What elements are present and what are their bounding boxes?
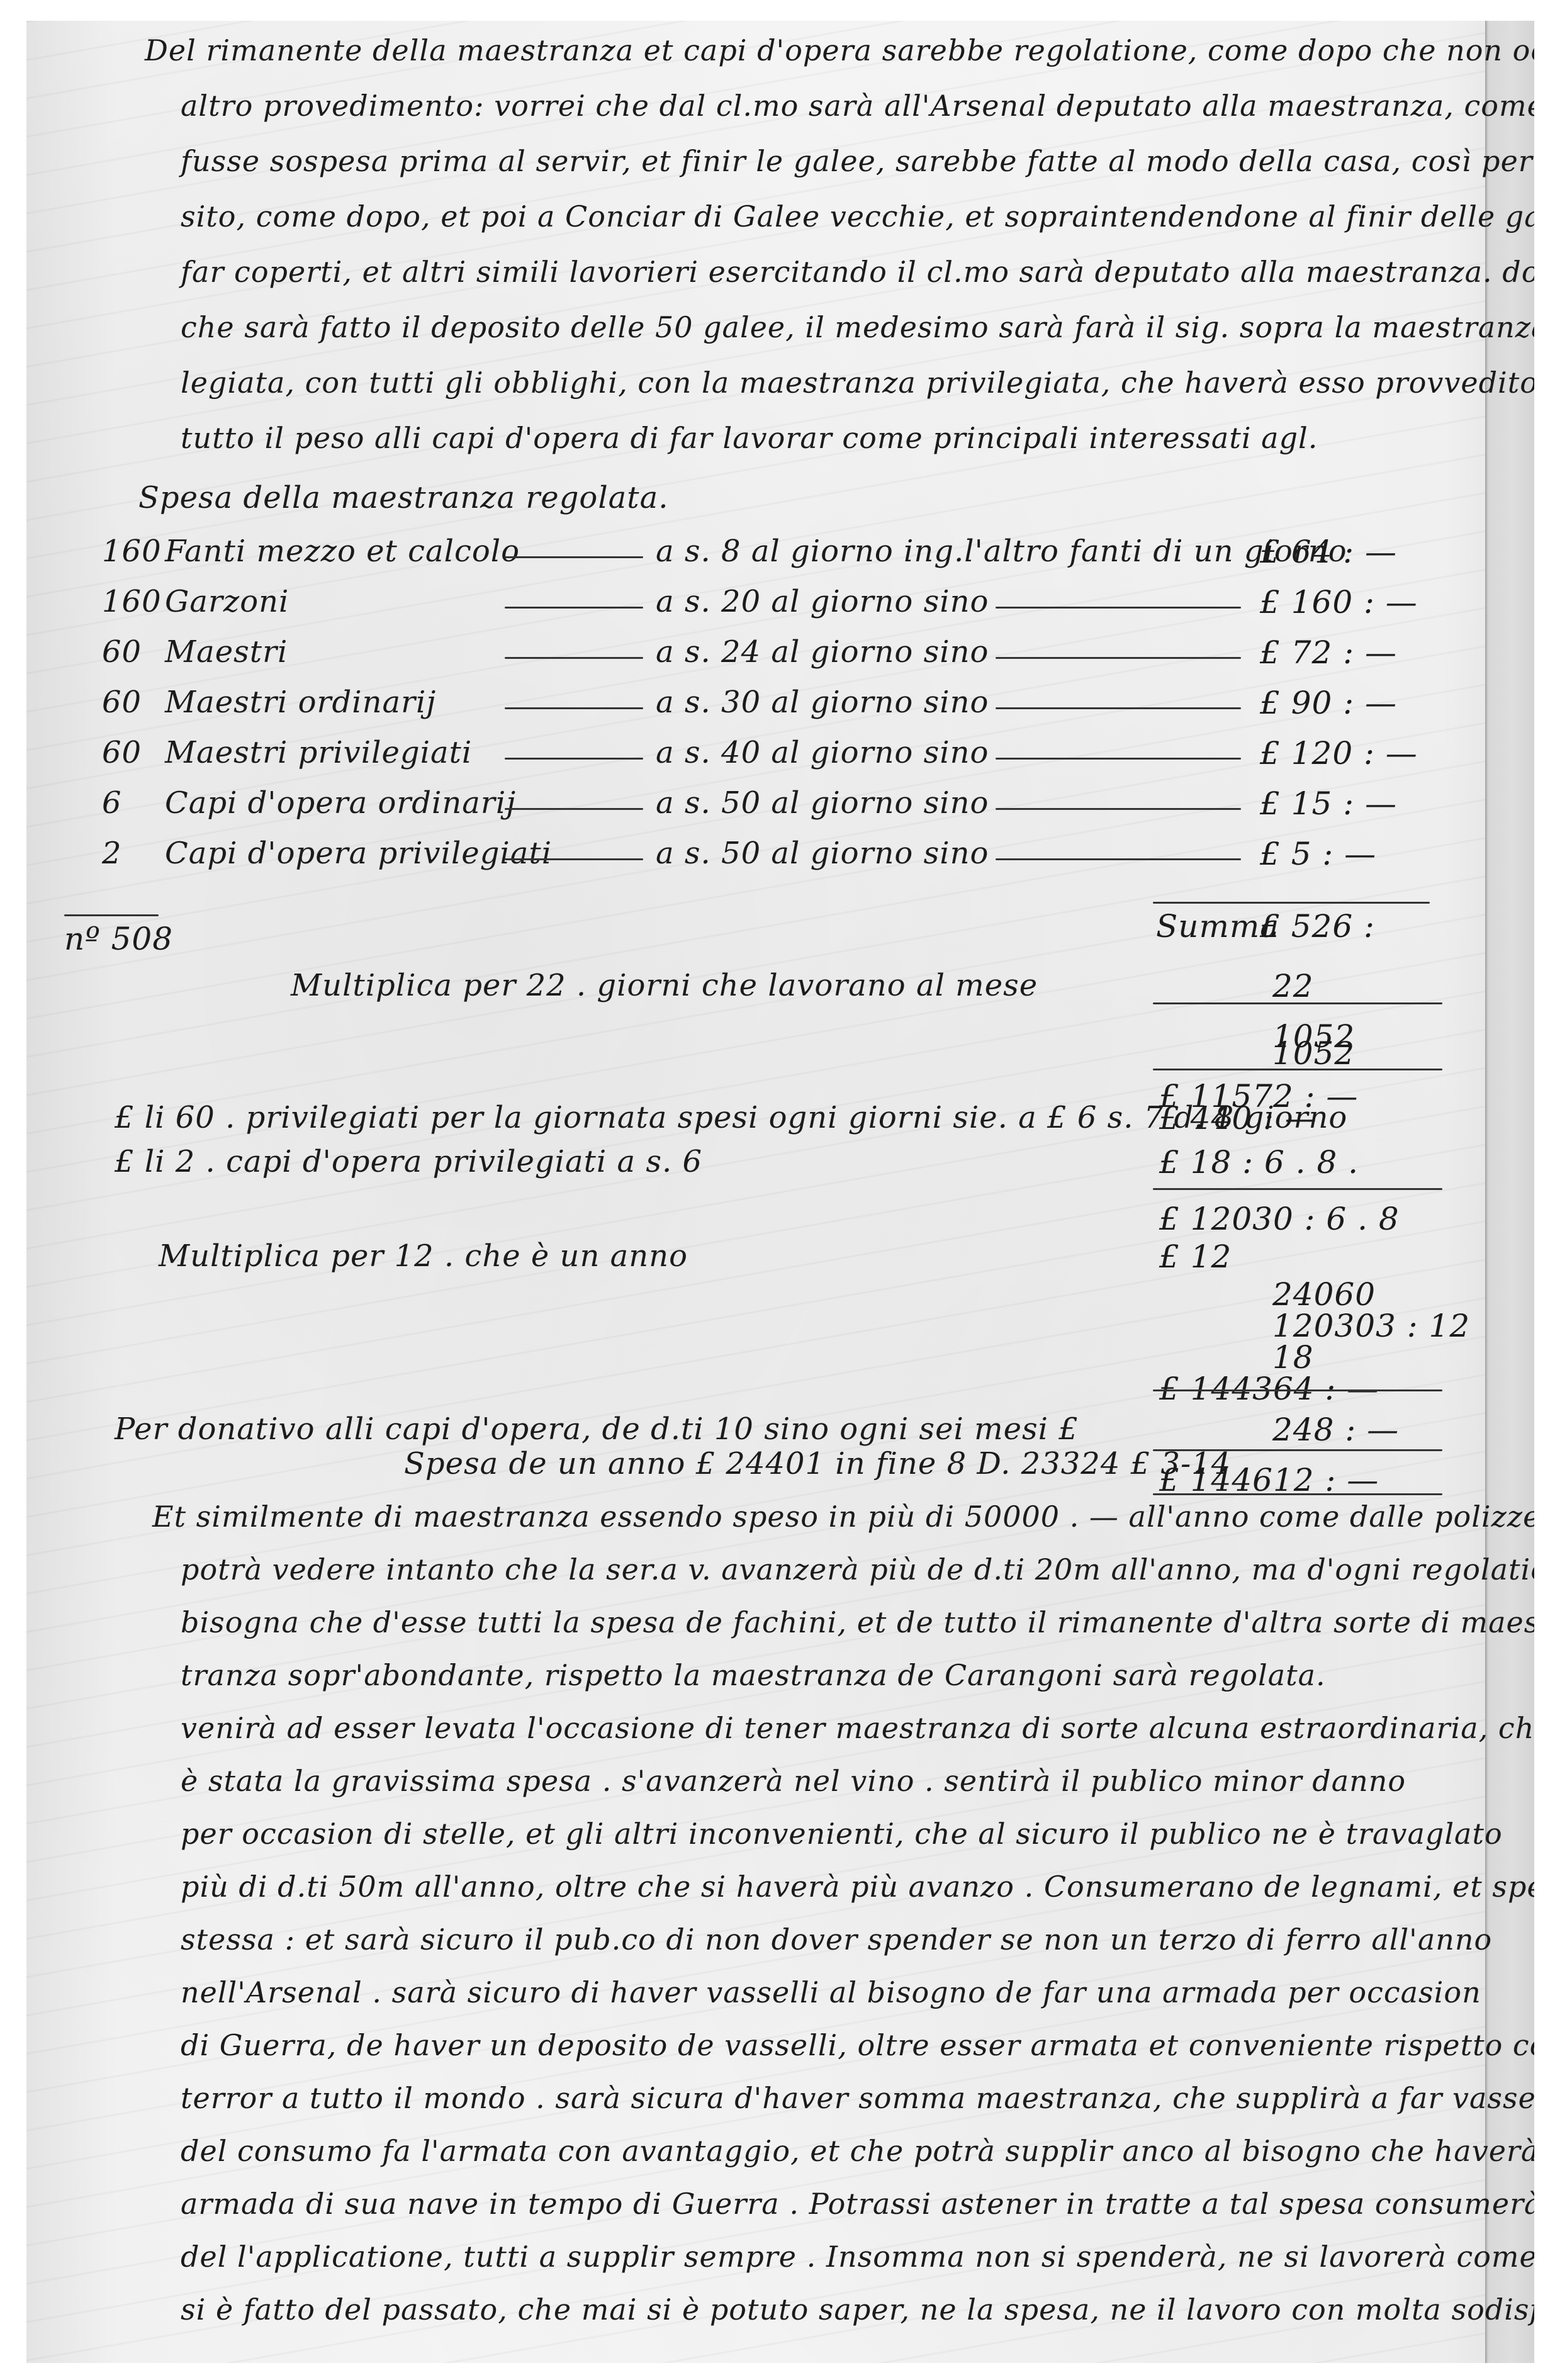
leader-line: [505, 707, 643, 709]
intro-line: altro provedimento: vorrei che dal cl.mo…: [181, 89, 1534, 123]
ledger-count: 6: [102, 785, 122, 821]
ledger-trade: Capi d'opera privilegiati: [165, 836, 552, 871]
calc-text: Multiplica per 12 . che è un anno: [159, 1238, 688, 1274]
leader-line: [996, 657, 1241, 659]
ledger-trade: Maestri: [165, 634, 288, 670]
calc-amount: £ 12030 : 6 . 8: [1159, 1201, 1400, 1237]
ledger-amount: £ 5 : —: [1260, 836, 1376, 872]
closing-line: armada di sua nave in tempo di Guerra . …: [181, 2187, 1534, 2221]
closing-line: del l'applicatione, tutti a supplir semp…: [181, 2240, 1534, 2274]
sum-rule: [1153, 1389, 1442, 1391]
closing-line: si è fatto del passato, che mai si è pot…: [181, 2293, 1534, 2327]
ledger-trade: Capi d'opera ordinarij: [165, 785, 516, 821]
ledger-trade: Maestri ordinarij: [165, 685, 436, 720]
leader-line: [996, 707, 1241, 709]
leader-line: [505, 858, 643, 860]
intro-line: far coperti, et altri simili lavorieri e…: [181, 255, 1534, 289]
manuscript-page: Del rimanente della maestranza et capi d…: [26, 21, 1534, 2363]
closing-line: Et similmente di maestranza essendo spes…: [152, 1500, 1534, 1534]
calc-amount: £ 144364 : —: [1159, 1371, 1379, 1407]
closing-line: nell'Arsenal . sarà sicuro di haver vass…: [181, 1975, 1481, 2009]
ledger-amount: £ 160 : —: [1260, 584, 1418, 620]
closing-line: tranza sopr'abondante, rispetto la maest…: [181, 1658, 1326, 1692]
leader-line: [505, 607, 643, 609]
sum-amount: £ 526 :: [1260, 908, 1375, 945]
intro-line: sito, come dopo, et poi a Conciar di Gal…: [181, 199, 1534, 233]
ledger-amount: £ 120 : —: [1260, 735, 1418, 772]
closing-line: del consumo fa l'armata con avantaggio, …: [181, 2134, 1534, 2168]
leader-line: [505, 657, 643, 659]
leader-line: [996, 758, 1241, 760]
closing-line: è stata la gravissima spesa . s'avanzerà…: [181, 1764, 1406, 1798]
closing-line: venirà ad esser levata l'occasione di te…: [181, 1711, 1534, 1745]
ledger-amount: £ 15 : —: [1260, 785, 1397, 822]
closing-line: di Guerra, de haver un deposito de vasse…: [181, 2028, 1534, 2062]
headcount-total: nº 508: [64, 921, 173, 957]
calc-amount: £ 12: [1159, 1238, 1232, 1275]
calc-text: £ li 2 . capi d'opera privilegiati a s. …: [115, 1144, 702, 1179]
ledger-rate: a s. 8 al giorno ing.l'altro fanti di un…: [656, 534, 1347, 569]
intro-line: fusse sospesa prima al servir, et finir …: [181, 144, 1534, 178]
calc-amount: 1052: [1272, 1035, 1355, 1072]
sum-rule: [1153, 1493, 1442, 1495]
leader-line: [505, 556, 643, 558]
ledger-count: 60: [102, 685, 142, 720]
ledger-rate: a s. 24 al giorno sino: [656, 634, 989, 670]
ledger-rate: a s. 20 al giorno sino: [656, 584, 989, 619]
ledger-rate: a s. 50 al giorno sino: [656, 836, 989, 871]
closing-line: potrà vedere intanto che la ser.a v. ava…: [181, 1552, 1534, 1586]
ledger-rate: a s. 40 al giorno sino: [656, 735, 989, 770]
calc-amount: 22: [1272, 968, 1314, 1004]
calc-text: Per donativo alli capi d'opera, de d.ti …: [115, 1412, 1079, 1447]
ledger-count: 160: [102, 584, 162, 619]
ledger-amount: £ 64 : —: [1260, 534, 1397, 570]
ledger-trade: Garzoni: [165, 584, 289, 619]
ledger-count: 60: [102, 634, 142, 670]
sum-rule: [1153, 1069, 1442, 1070]
ledger-trade: Maestri privilegiati: [165, 735, 472, 770]
intro-line: che sarà fatto il deposito delle 50 gale…: [181, 310, 1534, 344]
closing-line: stessa : et sarà sicuro il pub.co di non…: [181, 1923, 1492, 1956]
ledger-trade: Fanti mezzo et calcolo: [165, 534, 520, 569]
ledger-title: Spesa della maestranza regolata.: [138, 480, 668, 515]
intro-line: legiata, con tutti gli obblighi, con la …: [181, 366, 1534, 400]
closing-line: per occasion di stelle, et gli altri inc…: [181, 1817, 1503, 1851]
ledger-rate: a s. 30 al giorno sino: [656, 685, 989, 720]
calc-text: Multiplica per 22 . giorni che lavorano …: [291, 968, 1038, 1003]
divider: [64, 914, 159, 916]
closing-line: bisogna che d'esse tutti la spesa de fac…: [181, 1605, 1534, 1639]
intro-line: tutto il peso alli capi d'opera di far l…: [181, 421, 1318, 455]
leader-line: [996, 858, 1241, 860]
calc-amount: 248 : —: [1272, 1412, 1399, 1448]
leader-line: [505, 808, 643, 810]
leader-line: [996, 808, 1241, 810]
sum-rule: [1153, 1188, 1442, 1190]
ledger-amount: £ 72 : —: [1260, 634, 1397, 671]
divider: [1153, 902, 1430, 904]
calc-amount: £ 18 : 6 . 8 .: [1159, 1144, 1359, 1181]
ledger-count: 60: [102, 735, 142, 770]
ledger-rate: a s. 50 al giorno sino: [656, 785, 989, 821]
calc-amount: £ 440 : —: [1159, 1100, 1317, 1137]
ledger-count: 160: [102, 534, 162, 569]
closing-line: più di d.ti 50m all'anno, oltre che si h…: [181, 1870, 1534, 1904]
leader-line: [505, 758, 643, 760]
intro-line: Del rimanente della maestranza et capi d…: [145, 33, 1534, 67]
ledger-count: 2: [102, 836, 122, 871]
closing-line: terror a tutto il mondo . sarà sicura d'…: [181, 2081, 1534, 2115]
annual-summary: Spesa de un anno £ 24401 in fine 8 D. 23…: [404, 1446, 1231, 1481]
sum-rule: [1153, 1002, 1442, 1004]
ledger-amount: £ 90 : —: [1260, 685, 1397, 721]
leader-line: [996, 607, 1241, 609]
